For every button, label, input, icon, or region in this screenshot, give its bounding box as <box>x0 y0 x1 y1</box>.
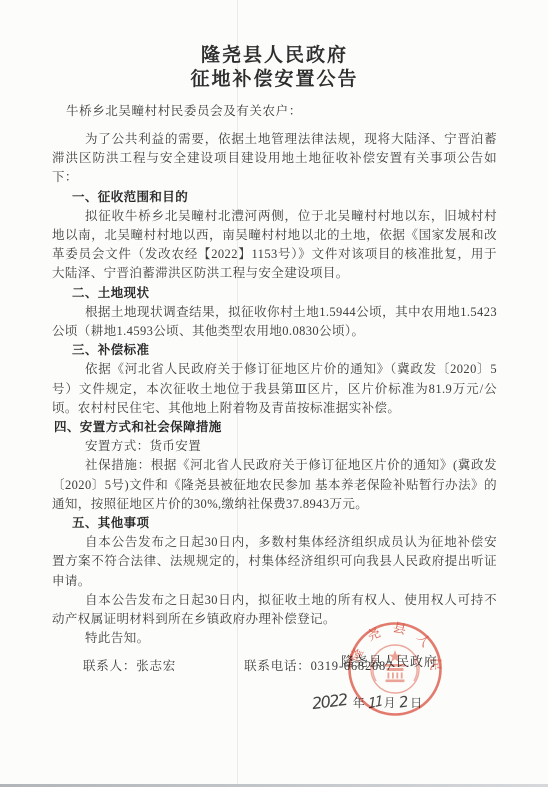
body-paragraph: 自本公告发布之日起30日内，多数村集体经济组织成员认为征地补偿安置方案不符合法律… <box>52 533 497 591</box>
body-paragraph: 依据《河北省人民政府关于修订征地区片价的通知》（冀政发〔2020〕5号）文件规定… <box>52 360 497 418</box>
body-paragraph: 特此告知。 <box>52 629 497 648</box>
date-day-handwritten: 2 <box>397 692 409 711</box>
handwritten-date-line: 2022年11月2日 <box>312 692 424 711</box>
body-paragraph: 拟征收牛桥乡北吴疃村北澧河两侧，位于北吴疃村村地以东，旧城村村地以南，北吴疃村村… <box>52 207 497 284</box>
salutation: 牛桥乡北吴疃村村民委员会及有关农户： <box>66 102 497 121</box>
date-year-handwritten: 2022 <box>311 690 348 713</box>
section-heading-4: 四、安置方式和社会保障措施 <box>52 418 497 437</box>
date-day-char: 日 <box>410 696 423 710</box>
notice-body: 为了公共利益的需要，依据土地管理法律法规，现将大陆泽、宁晋泊蓄滞洪区防洪工程与安… <box>52 130 497 648</box>
date-month-handwritten: 11 <box>368 693 382 712</box>
stamp-issuer-text: 隆尧县人民政府 <box>341 651 438 670</box>
body-paragraph: 自本公告发布之日起30日内，拟征收土地的所有权人、使用权人可持不动产权属证明材料… <box>52 591 497 629</box>
body-paragraph: 社保措施：根据《河北省人民政府关于修订征地区片价的通知》(冀政发〔2020〕5号… <box>52 456 497 514</box>
contact-person-name: 张志宏 <box>136 659 176 673</box>
section-heading-3: 三、补偿标准 <box>52 341 497 360</box>
date-month-char: 月 <box>384 696 397 710</box>
body-paragraph: 安置方式：货币安置 <box>52 437 497 456</box>
section-heading-5: 五、其他事项 <box>52 514 497 533</box>
contact-person-label: 联系人： <box>83 659 136 673</box>
section-heading-1: 一、征收范围和目的 <box>52 188 497 207</box>
notice-title: 隆尧县人民政府 <box>52 44 497 68</box>
date-year-char: 年 <box>353 696 366 710</box>
body-paragraph: 根据土地现状调查结果，拟征收你村土地1.5944公顷，其中农用地1.5423公顷… <box>52 303 497 341</box>
contact-phone-label: 联系电话： <box>244 659 311 673</box>
scanned-notice-page: 隆尧县人民政府 征地补偿安置公告 牛桥乡北吴疃村村民委员会及有关农户： 为了公共… <box>0 0 548 787</box>
body-paragraph: 为了公共利益的需要，依据土地管理法律法规，现将大陆泽、宁晋泊蓄滞洪区防洪工程与安… <box>52 130 497 188</box>
notice-document: 隆尧县人民政府 征地补偿安置公告 牛桥乡北吴疃村村民委员会及有关农户： 为了公共… <box>52 44 497 677</box>
section-heading-2: 二、土地现状 <box>52 284 497 303</box>
notice-subtitle: 征地补偿安置公告 <box>52 68 497 92</box>
